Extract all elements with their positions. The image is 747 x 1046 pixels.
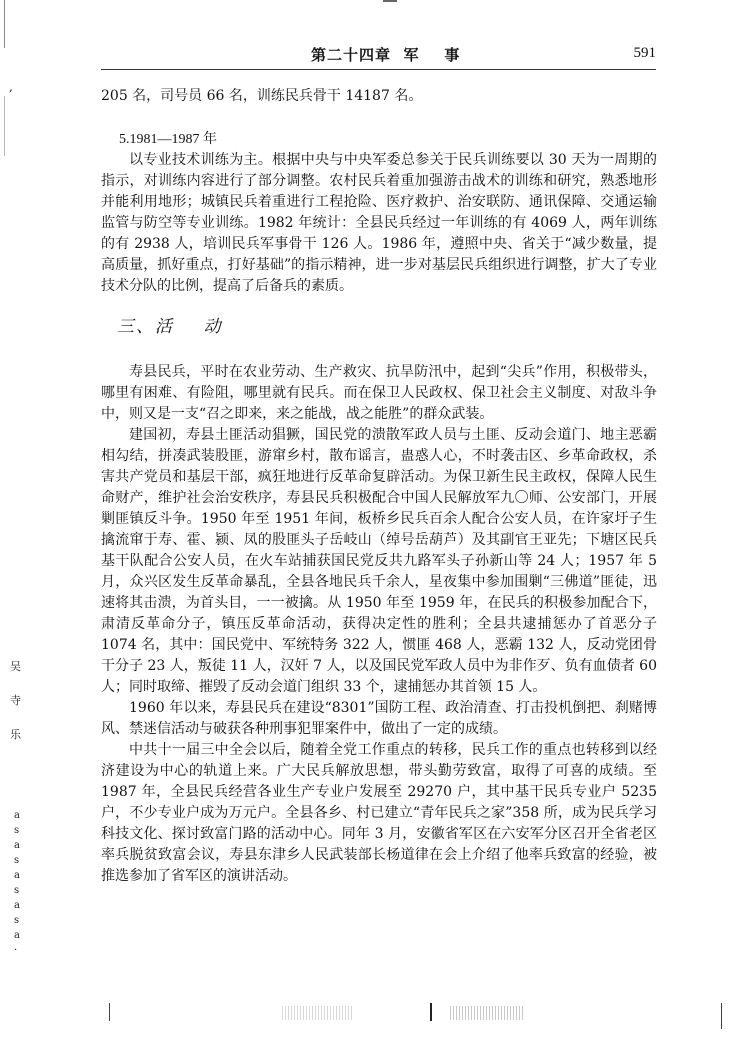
paragraph: 中共十一届三中全会以后，随着全党工作重点的转移，民兵工作的重点也转移到以经济建设… (101, 740, 657, 887)
scan-artifact (383, 0, 397, 2)
scanned-page: , 第二十四章 军 事 591 205 名，司号员 66 名，训练民兵骨干 14… (0, 0, 747, 1046)
scan-line (109, 1003, 110, 1021)
margin-mark: 乐 (10, 718, 26, 752)
scan-mark: , (9, 80, 13, 94)
bleed-mark: · (14, 943, 24, 958)
bleed-mark: s (14, 913, 24, 928)
bleed-mark: a (14, 928, 24, 943)
paragraph-continuation: 205 名，司号员 66 名，训练民兵骨干 14187 名。 (101, 86, 657, 107)
scan-noise (282, 1006, 352, 1020)
page-body: 205 名，司号员 66 名，训练民兵骨干 14187 名。 5.1981—19… (101, 86, 657, 887)
scan-noise (450, 1006, 525, 1020)
scan-edge (4, 0, 5, 48)
scan-bottom-artifacts (0, 1003, 747, 1025)
margin-mark: 吴 (10, 650, 26, 684)
bleed-mark: a (14, 808, 24, 823)
scan-line (721, 1003, 722, 1029)
running-header: 第二十四章 军 事 591 (101, 44, 656, 68)
page-number: 591 (634, 45, 657, 62)
bleed-mark: s (14, 823, 24, 838)
bleed-mark: a (14, 898, 24, 913)
paragraph: 寿县民兵，平时在农业劳动、生产救灾、抗旱防汛中，起到“尖兵”作用，积极带头，哪里… (101, 362, 657, 425)
bleed-mark: a (14, 838, 24, 853)
header-rule (101, 69, 656, 70)
paragraph: 以专业技术训练为主。根据中央与中央军委总参关于民兵训练要以 30 天为一周期的指… (101, 150, 657, 297)
scan-line (430, 1003, 432, 1021)
section-heading: 三、活 动 (101, 317, 657, 338)
chapter-title: 第二十四章 军 事 (311, 44, 460, 65)
bleed-mark: a (14, 868, 24, 883)
margin-bleed-through: a s a s a s a s a · (14, 808, 24, 958)
margin-annotations: 吴 寺 乐 (10, 650, 26, 752)
paragraph: 1960 年以来，寿县民兵在建设“8301”国防工程、政治清查、打击投机倒把、刹… (101, 698, 657, 740)
margin-mark: 寺 (10, 684, 26, 718)
bleed-mark: s (14, 883, 24, 898)
subheading: 5.1981—1987 年 (101, 129, 657, 150)
bleed-mark: s (14, 853, 24, 868)
paragraph: 建国初，寿县土匪活动猖獗，国民党的溃散军政人员与土匪、反动会道门、地主恶霸相勾结… (101, 425, 657, 698)
scan-edge (4, 96, 5, 156)
